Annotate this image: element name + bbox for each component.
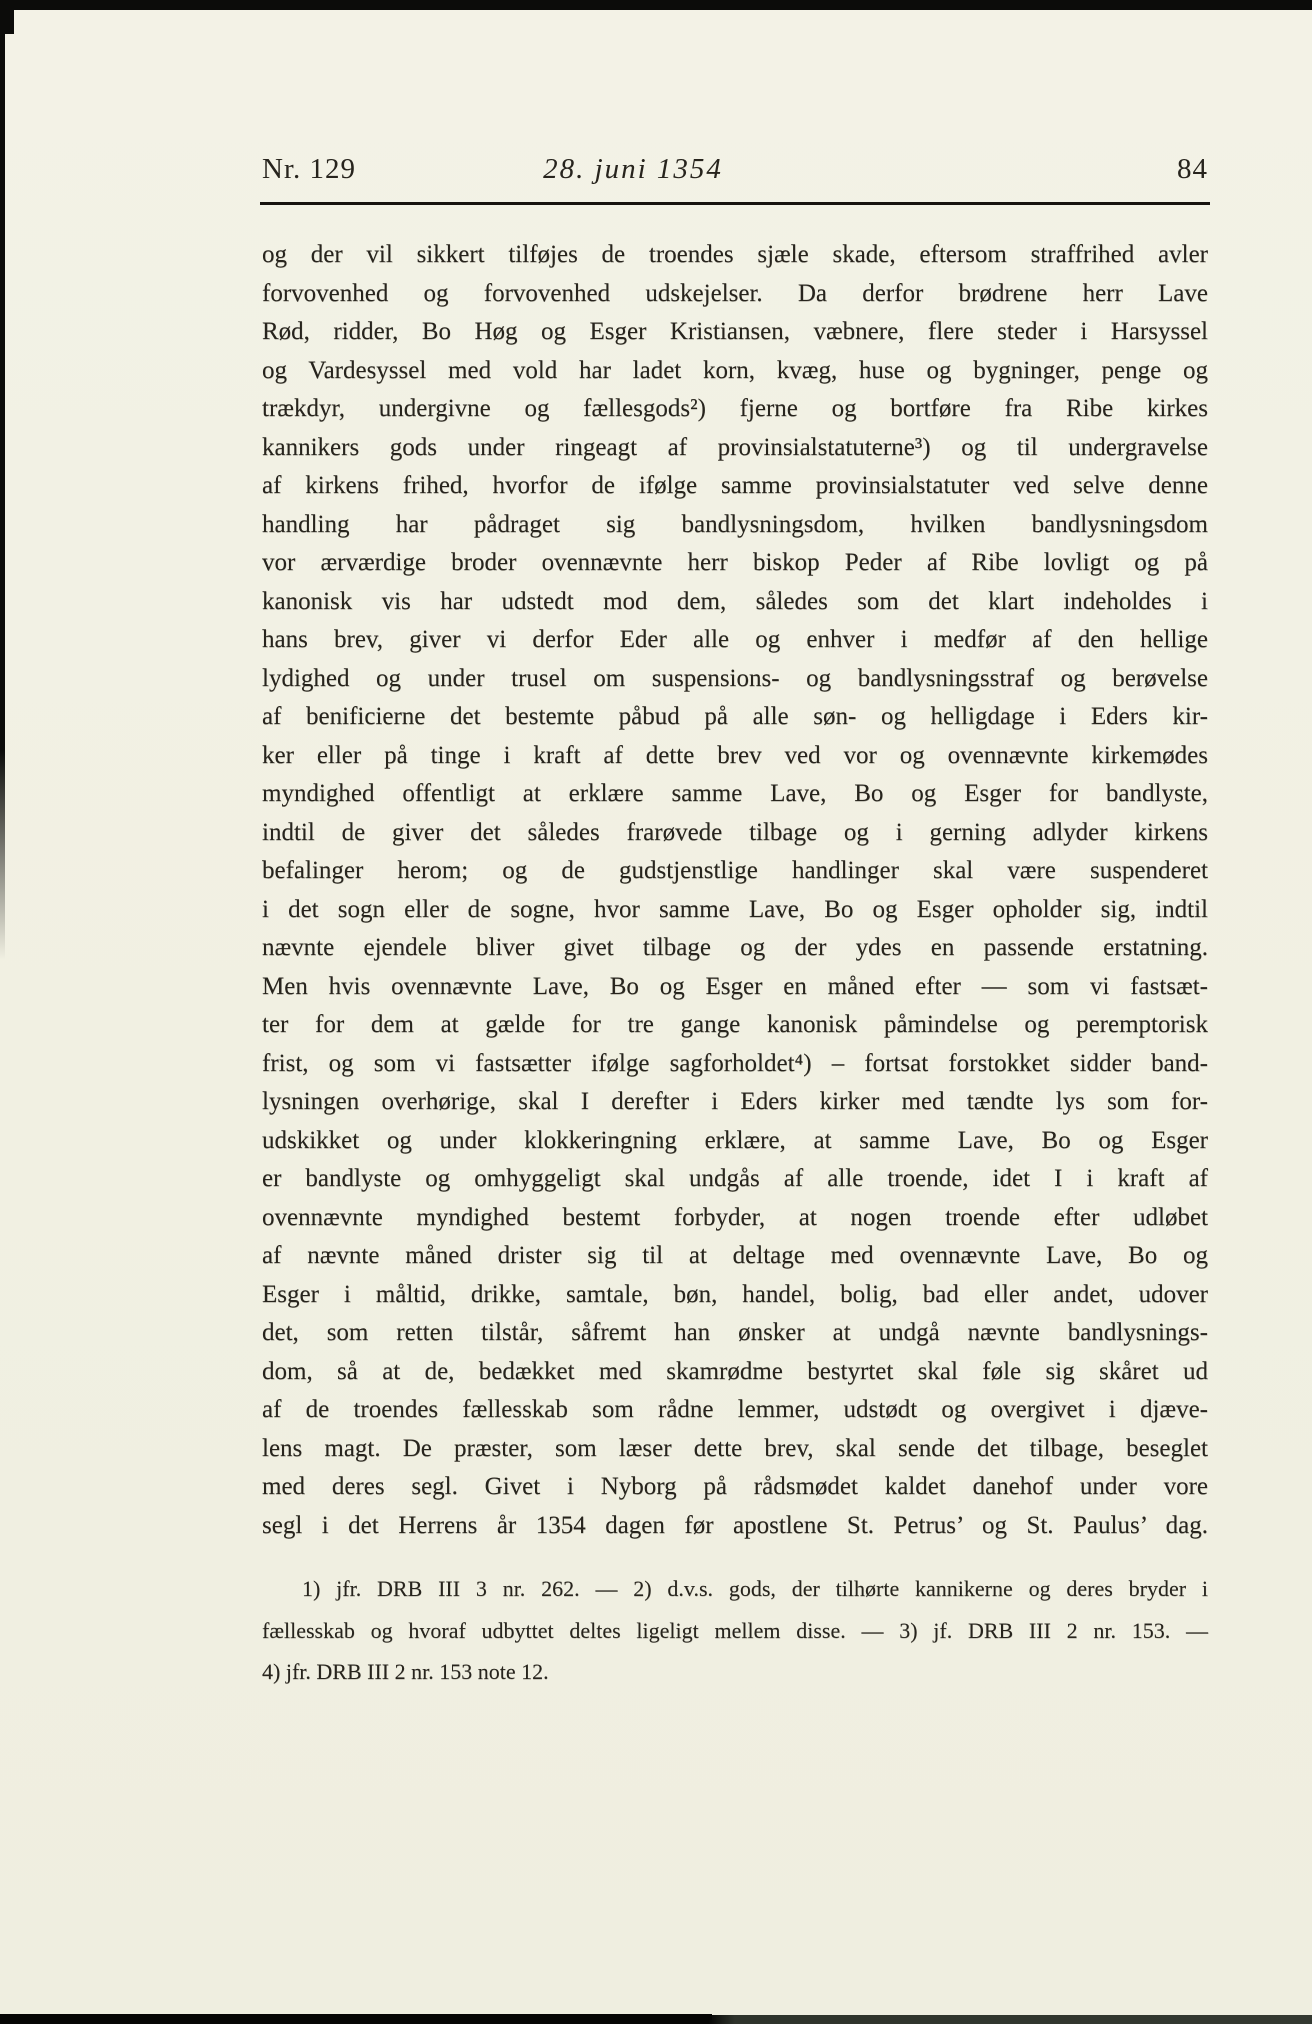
footnote-line: 4) jfr. DRB III 2 nr. 153 note 12. xyxy=(262,1651,1208,1693)
body-text-line: af benificierne det bestemte påbud på al… xyxy=(262,698,1208,737)
footnote-line: fællesskab og hvoraf udbyttet deltes lig… xyxy=(262,1610,1208,1652)
body-text-line: og der vil sikkert tilføjes de troendes … xyxy=(262,236,1208,275)
body-text-line: det, som retten tilstår, såfremt han øns… xyxy=(262,1314,1208,1353)
body-text-line: frist, og som vi fastsætter ifølge sagfo… xyxy=(262,1045,1208,1084)
body-text-line: lysningen overhørige, skal I derefter i … xyxy=(262,1083,1208,1122)
document-number: Nr. 129 xyxy=(262,153,356,186)
footnote-line: 1) jfr. DRB III 3 nr. 262. — 2) d.v.s. g… xyxy=(262,1568,1208,1610)
body-text-line: nævnte ejendele bliver givet tilbage og … xyxy=(262,929,1208,968)
footnotes-block: 1) jfr. DRB III 3 nr. 262. — 2) d.v.s. g… xyxy=(262,1568,1208,1693)
body-text-line: af nævnte måned drister sig til at delta… xyxy=(262,1237,1208,1276)
body-text-line: Men hvis ovennævnte Lave, Bo og Esger en… xyxy=(262,968,1208,1007)
body-paragraph: og der vil sikkert tilføjes de troendes … xyxy=(262,236,1208,1545)
body-text-line: Rød, ridder, Bo Høg og Esger Kristiansen… xyxy=(262,313,1208,352)
body-text-line: kannikers gods under ringeagt af provins… xyxy=(262,429,1208,468)
body-text-line: udskikket og under klokkeringning erklær… xyxy=(262,1122,1208,1161)
body-text-line: lens magt. De præster, som læser dette b… xyxy=(262,1430,1208,1469)
scan-edge-top xyxy=(0,0,1312,10)
page-number: 84 xyxy=(1177,153,1208,186)
body-text-line: dom, så at de, bedækket med skamrødme be… xyxy=(262,1353,1208,1392)
body-text-line: vor ærværdige broder ovennævnte herr bis… xyxy=(262,544,1208,583)
body-text-line: forvovenhed og forvovenhed udskejelser. … xyxy=(262,275,1208,314)
body-text-line: lydighed og under trusel om suspensions-… xyxy=(262,660,1208,699)
body-text-line: af kirkens frihed, hvorfor de ifølge sam… xyxy=(262,467,1208,506)
header-rule-divider xyxy=(260,202,1210,205)
document-date: 28. juni 1354 xyxy=(543,153,723,186)
body-text-line: med deres segl. Givet i Nyborg på rådsmø… xyxy=(262,1468,1208,1507)
body-text-line: ter for dem at gælde for tre gange kanon… xyxy=(262,1006,1208,1045)
body-text-line: befalinger herom; og de gudstjenstlige h… xyxy=(262,852,1208,891)
body-text-line: handling har pådraget sig bandlysningsdo… xyxy=(262,506,1208,545)
scan-edge-left xyxy=(0,8,5,960)
body-text-line: ker eller på tinge i kraft af dette brev… xyxy=(262,737,1208,776)
body-text-line: af de troendes fællesskab som rådne lemm… xyxy=(262,1391,1208,1430)
running-header: Nr. 129 28. juni 1354 84 xyxy=(262,153,1208,195)
body-text-line: myndighed offentligt at erklære samme La… xyxy=(262,775,1208,814)
scan-edge-bottom-left xyxy=(0,2014,712,2020)
body-text-line: kanonisk vis har udstedt mod dem, sålede… xyxy=(262,583,1208,622)
body-text-line: trækdyr, undergivne og fællesgods²) fjer… xyxy=(262,390,1208,429)
body-text-line: er bandlyste og omhyggeligt skal undgås … xyxy=(262,1160,1208,1199)
body-text-line: og Vardesyssel med vold har ladet korn, … xyxy=(262,352,1208,391)
scanned-book-page: Nr. 129 28. juni 1354 84 og der vil sikk… xyxy=(0,0,1312,2024)
body-text-line: segl i det Herrens år 1354 dagen før apo… xyxy=(262,1507,1208,1546)
body-text-line: i det sogn eller de sogne, hvor samme La… xyxy=(262,891,1208,930)
body-text-line: indtil de giver det således frarøvede ti… xyxy=(262,814,1208,853)
body-text-line: Esger i måltid, drikke, samtale, bøn, ha… xyxy=(262,1276,1208,1315)
body-text-line: ovennævnte myndighed bestemt forbyder, a… xyxy=(262,1199,1208,1238)
body-text-line: hans brev, giver vi derfor Eder alle og … xyxy=(262,621,1208,660)
